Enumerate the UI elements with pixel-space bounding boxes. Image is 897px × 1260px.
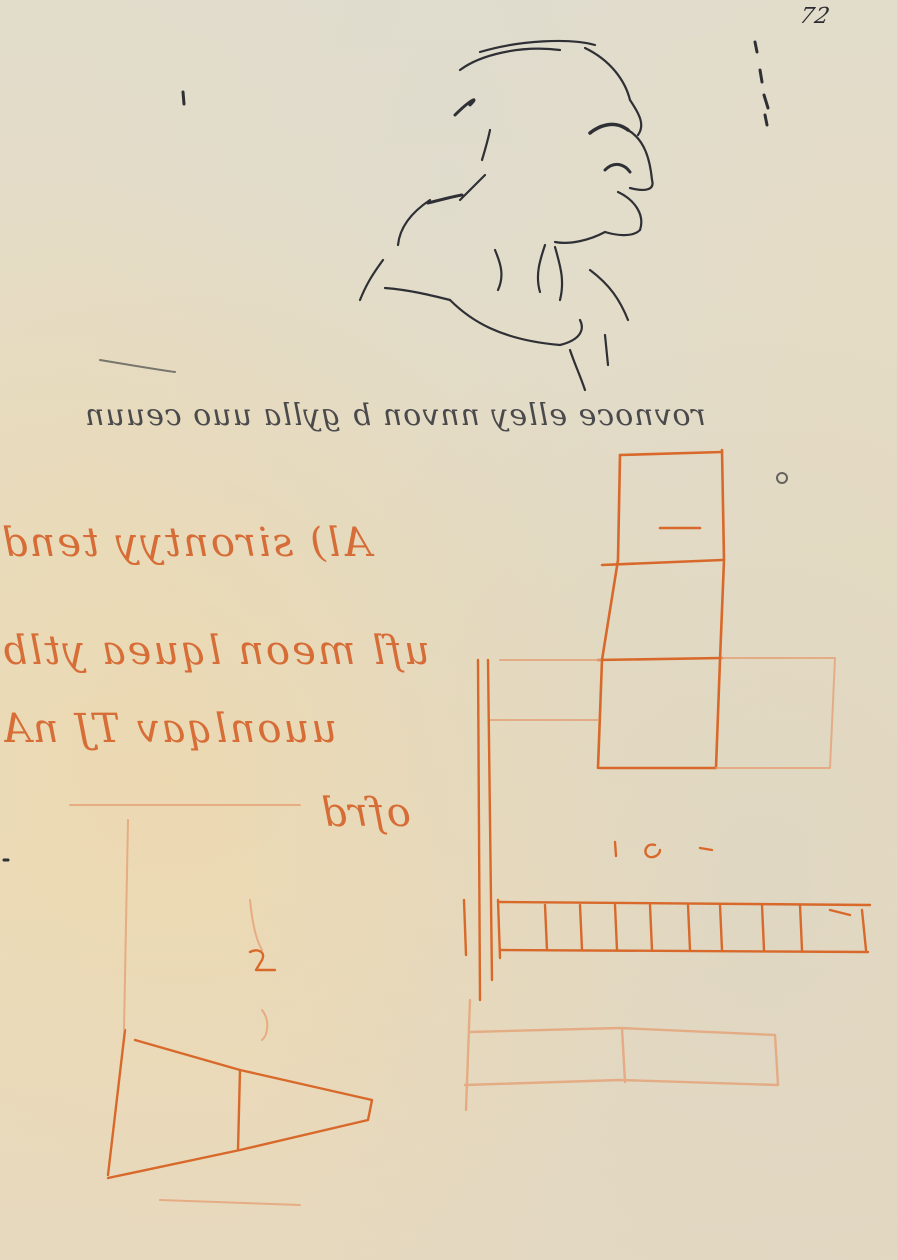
vertical-column [478, 660, 492, 1000]
trapezoid-diagram [465, 1000, 778, 1110]
wedge-diagram [108, 1030, 372, 1178]
stacked-squares-diagram [598, 450, 724, 768]
ladder-diagram [464, 900, 870, 958]
red-chalk-diagrams [0, 0, 897, 1260]
manuscript-page: 72 [0, 0, 897, 1260]
